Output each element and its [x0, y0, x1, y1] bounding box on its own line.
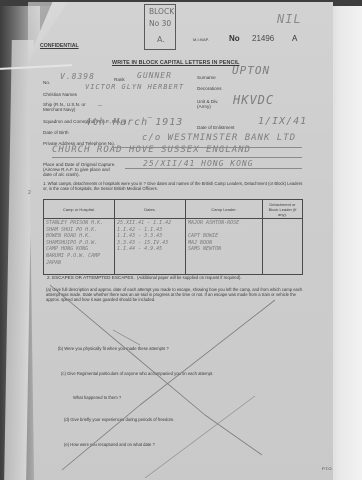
christian-names-value: VICTOR GLYN HERBERT	[85, 83, 184, 91]
surname-label: Surname	[197, 75, 216, 80]
decorations-label: Decorations	[197, 86, 222, 91]
stamp-line1: BLOCK	[149, 7, 174, 16]
capture-value: 25/XII/41 HONG KONG	[143, 159, 254, 168]
date-entry: 1.I.43 - 3.3.43	[117, 233, 183, 240]
stamp-line3: A.	[157, 35, 165, 44]
reference-suffix: A	[292, 34, 297, 43]
leader-entry: SAMS NEWTON	[188, 246, 260, 253]
address-rule-2	[52, 157, 302, 158]
camp-cell: STANLEY PRISON H.K. SHAM SHUI PO H.K. BO…	[44, 219, 115, 275]
leader-cell: MAJOR ASHTON-ROSE CAPT BOWIE MAJ BOON SA…	[186, 219, 263, 275]
date-entry: 1.I.42 - 1.I.43	[117, 227, 183, 234]
date-of-birth-label: Date of Birth	[43, 130, 69, 135]
unit-value: HKVDC	[233, 93, 274, 107]
nil-annotation: NIL	[277, 12, 302, 26]
column-header-camp-leader: Camp Leader.	[186, 200, 263, 219]
leader-entry: CAPT BOWIE	[188, 233, 260, 240]
camp-entry: BOWEN ROAD H.K.	[46, 233, 112, 240]
camps-table: Camp or Hospital. Dates. Camp Leader. De…	[43, 199, 303, 275]
leader-entry: MAJOR ASHTON-ROSE	[188, 220, 260, 227]
stamp-line2: No 30	[149, 19, 171, 28]
column-header-detachment-leader: Detachment or Block Leader (if any).	[263, 200, 303, 219]
unit-label: Unit & Div. (Army)	[197, 99, 227, 109]
question-2-note: (Additional paper will be supplied on re…	[137, 275, 242, 280]
christian-names-label: Christian Names	[43, 92, 77, 97]
camp-entry: SHAM SHUI PO H.K.	[46, 227, 112, 234]
reference-number: 21496	[252, 34, 274, 43]
rank-value: GUNNER	[137, 71, 172, 80]
reference-no-label: No	[229, 34, 240, 43]
column-header-dates: Dates.	[115, 200, 186, 219]
pto-label: P.T.O.	[322, 466, 333, 471]
classification-label: CONFIDENTIAL	[40, 43, 79, 49]
capture-rule	[125, 168, 302, 169]
address-line1: c/o WESTMINSTER BANK LTD	[142, 133, 296, 143]
question-2c-followup: What happened to them ?	[73, 395, 121, 400]
ship-value: —	[98, 101, 103, 109]
detachment-leader-cell	[263, 219, 303, 275]
dates-cell: 25.XII.41 - 1.I.42 1.I.42 - 1.I.43 1.I.4…	[115, 219, 186, 275]
date-entry: 3.3.43 - 15.IV.43	[117, 240, 183, 247]
column-header-camp: Camp or Hospital.	[44, 200, 115, 219]
instruction-heading: WRITE IN BLOCK CAPITAL LETTERS IN PENCIL	[112, 60, 239, 66]
table-row: STANLEY PRISON H.K. SHAM SHUI PO H.K. BO…	[44, 219, 303, 275]
question-2c: (c) Give Regimental particulars of anyon…	[61, 371, 213, 376]
camp-entry: SHAMSHUIPO P.O.W. CAMP HONG KONG	[46, 240, 106, 253]
surname-value: UPTON	[232, 64, 270, 77]
margin-note: 2	[28, 190, 31, 196]
question-2d: (d) Give briefly your experiences during…	[64, 417, 174, 422]
camp-entry: STANLEY PRISON H.K.	[46, 220, 112, 227]
date-of-enlistment-label: Date of Enlistment	[197, 125, 235, 130]
ship-label: Ship (R.N., U.S.N. or Merchant Navy)	[43, 102, 93, 112]
camp-entry: NARUMI P.O.W. CAMP JAPAN	[46, 253, 101, 266]
no-label: No.	[43, 80, 50, 85]
address-rule-1	[112, 147, 302, 148]
question-2a: (a) Give full description and approx. da…	[46, 287, 308, 303]
date-entry: 25.XII.41 - 1.I.42	[117, 220, 183, 227]
no-value: V.8398	[60, 72, 95, 81]
block-stamp: BLOCK No 30 A.	[144, 4, 176, 50]
leader-entry	[188, 227, 260, 234]
capture-label: Place and Date of Original Capture. (Air…	[43, 162, 118, 177]
question-2b: (b) Were you physically fit when you mad…	[58, 346, 169, 351]
leader-entry: MAJ BOON	[188, 240, 260, 247]
date-entry: 1.I.44 - 4.9.45	[117, 246, 183, 253]
question-1-text: 1. What camps, detachments or hospitals …	[43, 181, 305, 192]
reference-prefix: M.I.9/AP.	[193, 37, 209, 42]
date-of-birth-value: 4th March 1913	[85, 117, 183, 128]
rank-label: Rank	[114, 77, 125, 82]
date-of-enlistment-value: 1/IX/41	[258, 116, 307, 127]
question-2-title: 2. ESCAPES OR ATTEMPTED ESCAPES.	[47, 275, 135, 280]
question-2e: (e) How were you recaptured and on what …	[64, 442, 155, 447]
